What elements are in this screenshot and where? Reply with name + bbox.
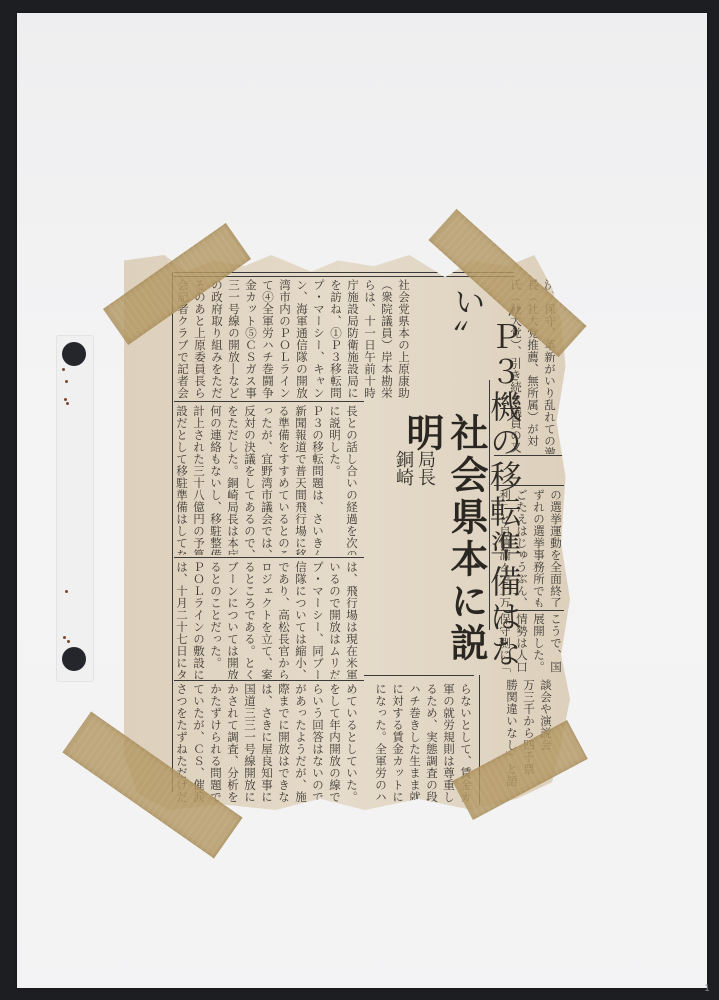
article-body-middle: は、飛行場は現在米軍が使用しているので開放はムリだが、キャンプ・マーシー、同ブー…	[176, 561, 360, 679]
adjacent-article-middle: の選挙運動を全面終了したが、いずれの選挙事務所でも「運動の手ごたえはじゅうぶん、…	[494, 489, 564, 607]
rule-section-2	[174, 557, 364, 558]
rule-left	[172, 272, 173, 792]
rust-spot	[65, 590, 68, 593]
article-body-upper: 長との話し合いの経過を次のように説明した。Ｐ３の移転問題は、さいきんの新聞報道で…	[176, 405, 360, 555]
rust-spot	[66, 402, 69, 405]
punch-hole-top	[62, 342, 86, 366]
rust-spot	[67, 640, 70, 643]
newspaper-clipping: 社会党県本の上原康助委員長（衆院議員）岸本勘栄氏（県議）らは、十一日午前十時半か…	[124, 255, 570, 810]
page-number: 1	[704, 984, 710, 994]
article-body-lower: めているとしていた。をして年内開放の線で準備をすすらいう回答はないので、保安施設…	[176, 683, 360, 803]
rule-section-1	[174, 401, 364, 402]
article-intro: 社会党県本の上原康助委員長（衆院議員）岸本勘栄氏（県議）らは、十一日午前十時半か…	[176, 279, 412, 399]
punch-hole-bottom	[62, 647, 86, 671]
rust-spot	[62, 368, 65, 371]
adjacent-article-lower: こうで、国保室の激しい選挙戦な展開した。情勢は人口増加による浮動票と保守側に「い…	[494, 613, 564, 673]
rust-spot	[63, 636, 66, 639]
rule-section-3	[174, 680, 364, 681]
rule-section-4	[364, 675, 474, 676]
rust-spot	[64, 398, 67, 401]
binder-strip	[56, 335, 94, 682]
rust-spot	[65, 380, 68, 383]
